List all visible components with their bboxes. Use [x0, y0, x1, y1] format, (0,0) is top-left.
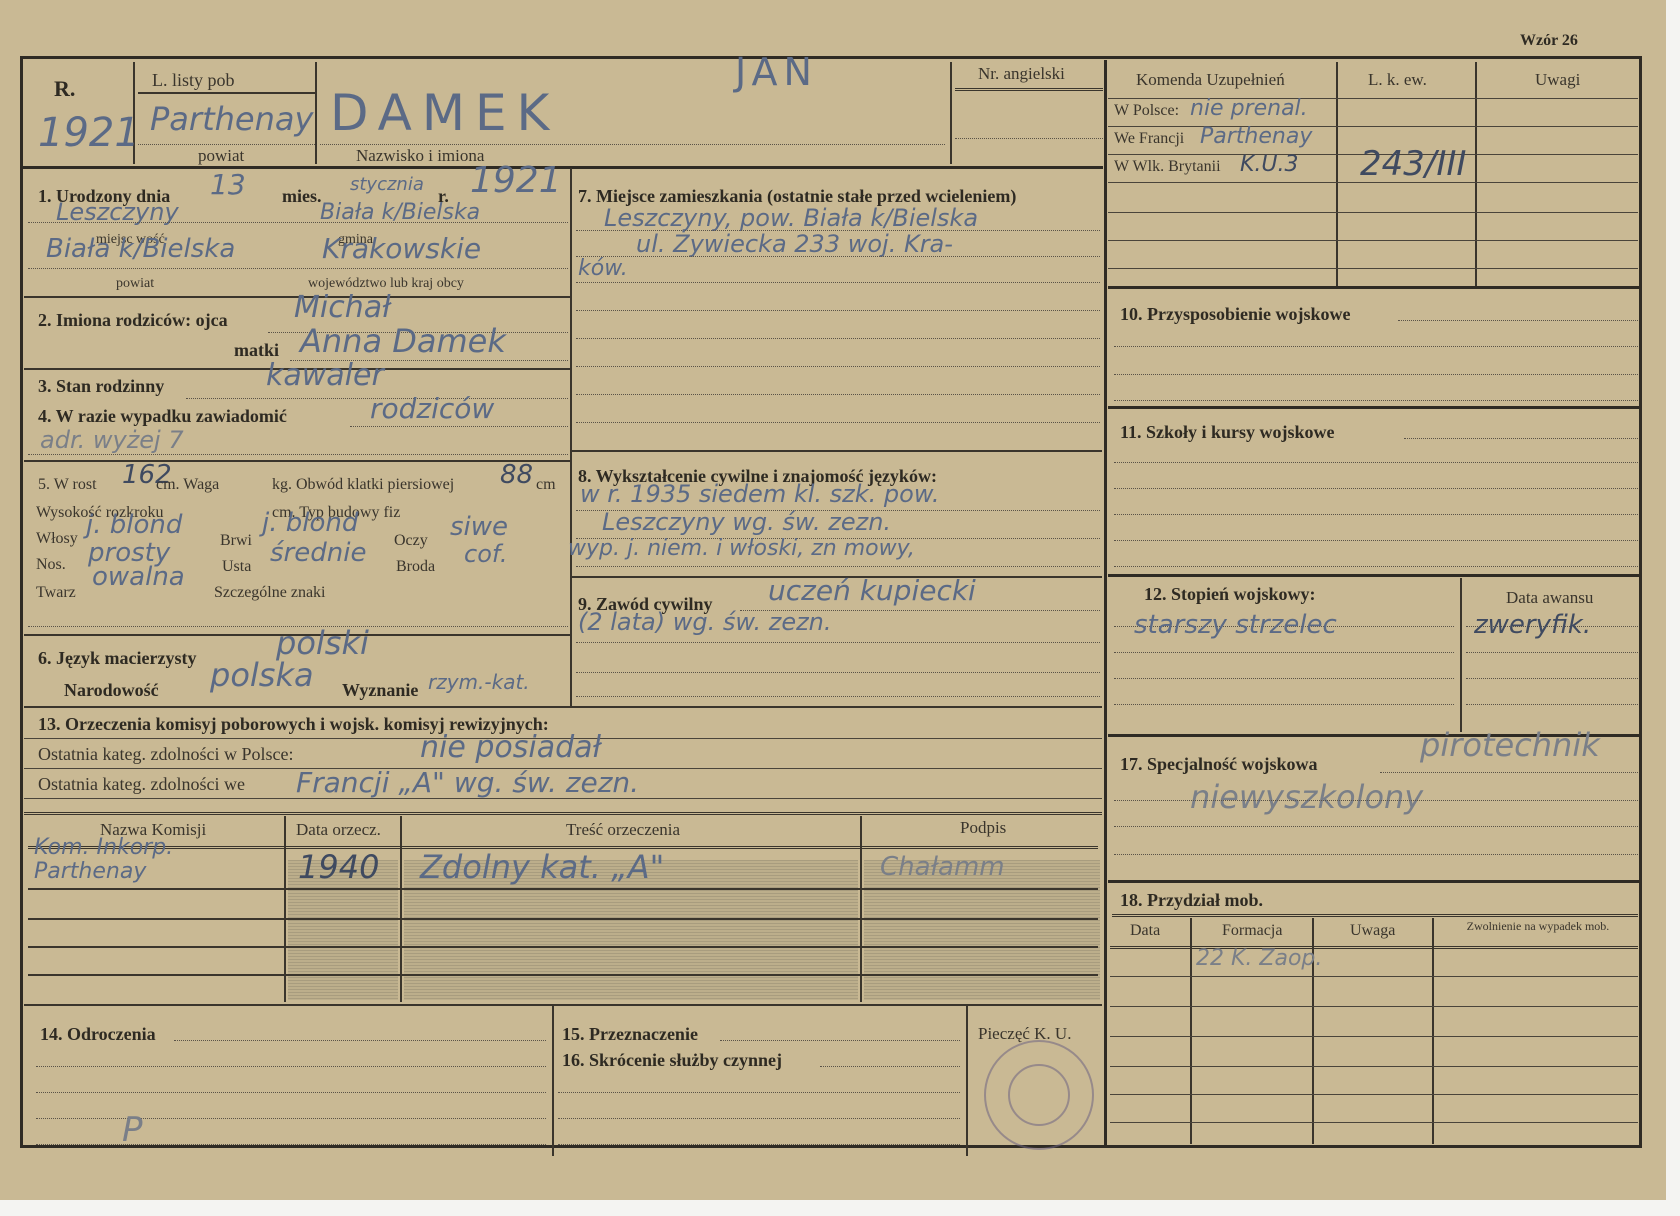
- divider: [955, 138, 1103, 139]
- specialty-value-2: niewyszkolony: [1190, 778, 1423, 816]
- mob-col-data: Data: [1130, 922, 1160, 940]
- cat-francji-value: Francji „A" wg. św. zezn.: [296, 766, 639, 799]
- divider: [1460, 578, 1462, 732]
- cat-francji-label: Ostatnia kateg. zdolności we: [38, 774, 245, 795]
- mob-col-uwaga: Uwaga: [1350, 922, 1395, 940]
- divider: [1110, 1094, 1638, 1095]
- nationality-value: polska: [210, 656, 314, 694]
- commission-name: Kom. Inkorp. Parthenay: [34, 836, 274, 884]
- divider: [1336, 62, 1338, 286]
- divider: [576, 672, 1100, 673]
- s12-title: 12. Stopień wojskowy:: [1144, 584, 1316, 605]
- divider: [576, 366, 1100, 367]
- stamp-inner: [1008, 1064, 1070, 1126]
- footer-mark: P: [122, 1110, 143, 1150]
- divider: [558, 1092, 960, 1093]
- divider: [1466, 652, 1638, 653]
- divider: [350, 426, 568, 427]
- mob-col-zwolnienie: Zwolnienie na wypadek mob.: [1440, 920, 1636, 933]
- divider: [1110, 1036, 1638, 1037]
- height-label: 5. W rost: [38, 476, 97, 494]
- divider: [950, 62, 952, 164]
- divider: [36, 1066, 546, 1067]
- cm-label: cm: [536, 476, 556, 494]
- s4-title: 4. W razie wypadku zawiadomić: [38, 406, 287, 427]
- nose-label: Nos.: [36, 556, 66, 574]
- cat-polsce-label: Ostatnia kateg. zdolności w Polsce:: [38, 744, 293, 765]
- divider: [955, 88, 1103, 91]
- residence-line3: ków.: [578, 256, 628, 281]
- education-line1: w r. 1935 siedem kl. szk. pow.: [580, 480, 940, 508]
- signature: Chałamm: [880, 852, 1005, 882]
- marital-status: kawaler: [266, 358, 384, 393]
- form-code: Wzór 26: [1520, 32, 1578, 50]
- divider: [1114, 514, 1638, 515]
- divider: [28, 268, 568, 269]
- lista-value: Parthenay: [150, 100, 313, 138]
- divider: [138, 144, 315, 145]
- specialty-value: pirotechnik: [1420, 726, 1600, 764]
- divider: [1108, 286, 1640, 289]
- divider: [24, 798, 1102, 799]
- occupation-value: uczeń kupiecki: [768, 574, 976, 607]
- cat-polsce-value: nie posiadał: [420, 730, 601, 765]
- residence-line1: Leszczyny, pow. Biała k/Bielska: [604, 204, 978, 232]
- name-label: Nazwisko i imiona: [356, 146, 484, 166]
- s2-title: 2. Imiona rodziców: ojca: [38, 310, 228, 331]
- face-label: Twarz: [36, 584, 76, 602]
- divider: [1114, 462, 1638, 463]
- divider: [576, 394, 1100, 395]
- divider: [320, 144, 945, 145]
- divider: [576, 282, 1100, 283]
- col-data: Data orzecz.: [296, 820, 381, 840]
- chest-value: 88: [500, 460, 533, 490]
- chest-label: kg. Obwód klatki piersiowej: [272, 476, 454, 494]
- month-label: mies.: [282, 186, 322, 207]
- mouth-value: średnie: [270, 538, 366, 568]
- brytanii-label: W Wlk. Brytanii: [1114, 158, 1221, 176]
- divider: [174, 1040, 546, 1041]
- divider: [1432, 918, 1434, 1144]
- divider: [24, 706, 1102, 708]
- s10-title: 10. Przysposobienie wojskowe: [1120, 304, 1351, 325]
- divider: [36, 1118, 546, 1119]
- divider: [1114, 540, 1638, 541]
- lkew-col: L. k. ew.: [1368, 70, 1427, 90]
- divider: [570, 168, 572, 706]
- stamp-circle: [984, 1040, 1094, 1150]
- divider: [1114, 800, 1638, 801]
- polsce-value: nie prenal.: [1190, 96, 1308, 121]
- divider: [1114, 854, 1638, 855]
- occupation-line2: (2 lata) wg. św. zezn.: [578, 608, 832, 636]
- brytanii-value: K.U.3: [1240, 152, 1299, 177]
- divider: [720, 1040, 960, 1041]
- s14-title: 14. Odroczenia: [40, 1024, 156, 1045]
- chin-label: Broda: [396, 558, 435, 576]
- divider: [28, 974, 1098, 976]
- divider: [1110, 1006, 1638, 1007]
- given-name: JAN: [735, 50, 818, 94]
- mother-name: Anna Damek: [300, 322, 506, 360]
- decision-content: Zdolny kat. „A": [420, 848, 664, 886]
- divider: [1114, 374, 1638, 375]
- lkew-value: 243/III: [1360, 144, 1466, 184]
- divider: [1110, 1066, 1638, 1067]
- s15-title: 15. Przeznaczenie: [562, 1024, 698, 1045]
- divider: [1114, 652, 1454, 653]
- nationality-label: Narodowość: [64, 680, 159, 701]
- col-tresc: Treść orzeczenia: [566, 820, 680, 840]
- divider: [1110, 1122, 1638, 1123]
- residence-line2: ul. Żywiecka 233 woj. Kra-: [636, 230, 953, 258]
- divider: [1466, 704, 1638, 705]
- divider: [552, 1006, 554, 1156]
- uwagi-col: Uwagi: [1535, 70, 1580, 90]
- divider: [1110, 946, 1638, 949]
- divider: [1114, 488, 1638, 489]
- religion-value: rzym.-kat.: [428, 670, 530, 694]
- divider: [28, 888, 1098, 890]
- divider: [1108, 212, 1638, 213]
- divider: [1190, 918, 1192, 1144]
- divider: [28, 222, 568, 223]
- komenda-col: Komenda Uzupełnień: [1136, 70, 1285, 90]
- divider: [1108, 406, 1640, 409]
- s18-title: 18. Przydział mob.: [1120, 890, 1263, 911]
- francji-value: Parthenay: [1200, 124, 1312, 149]
- divider: [315, 62, 317, 164]
- divider: [576, 696, 1100, 697]
- notify-value-2: adr. wyżej 7: [40, 426, 184, 454]
- divider: [1108, 574, 1640, 577]
- r-label: R.: [54, 76, 75, 102]
- divider: [1114, 826, 1638, 827]
- divider: [24, 1004, 1102, 1006]
- hair-value: j. blond: [86, 510, 182, 540]
- divider: [576, 422, 1100, 423]
- promotion-date-label: Data awansu: [1506, 588, 1593, 608]
- divider: [1112, 914, 1638, 917]
- divider: [1114, 346, 1638, 347]
- divider: [558, 1118, 960, 1119]
- promotion-date: zweryfik.: [1474, 610, 1591, 640]
- birth-day: 13: [210, 168, 246, 201]
- divider: [28, 946, 1098, 948]
- divider: [1466, 678, 1638, 679]
- divider: [1114, 566, 1638, 567]
- chin-value: cof.: [464, 540, 508, 568]
- brows-label: Brwi: [220, 532, 252, 550]
- hair-label: Włosy: [36, 530, 78, 548]
- polsce-label: W Polsce:: [1114, 102, 1179, 120]
- rank-value: starszy strzelec: [1134, 610, 1337, 640]
- divider: [576, 310, 1100, 311]
- divider: [28, 918, 1098, 920]
- r-value: 1921: [38, 110, 140, 156]
- s6-title: 6. Język macierzysty: [38, 648, 196, 669]
- divider: [576, 338, 1100, 339]
- divider: [1114, 704, 1454, 705]
- eyes-label: Oczy: [394, 532, 428, 550]
- divider: [1475, 62, 1477, 286]
- lista-label: L. listy pob: [152, 70, 235, 91]
- divider: [576, 566, 1100, 567]
- francji-label: We Francji: [1114, 130, 1184, 148]
- divider: [576, 642, 1100, 643]
- divider: [1110, 976, 1638, 977]
- divider: [1108, 98, 1638, 99]
- divider: [1404, 438, 1638, 439]
- s17-title: 17. Specjalność wojskowa: [1120, 754, 1318, 775]
- mob-col-formacja: Formacja: [1222, 922, 1282, 940]
- divider: [24, 460, 570, 462]
- face-value: owalna: [92, 562, 185, 592]
- divider: [1380, 772, 1638, 773]
- decision-date: 1940: [298, 848, 379, 886]
- col-podpis: Podpis: [960, 818, 1006, 838]
- divider: [24, 812, 1102, 815]
- divider: [820, 1066, 960, 1067]
- nr-angielski-label: Nr. angielski: [978, 64, 1065, 84]
- divider: [28, 454, 568, 455]
- divider: [1108, 880, 1640, 883]
- divider: [1398, 320, 1638, 321]
- s11-title: 11. Szkoły i kursy wojskowe: [1120, 422, 1335, 443]
- divider: [558, 1144, 960, 1145]
- birth-month: stycznia: [350, 174, 424, 195]
- father-name: Michał: [294, 290, 391, 325]
- powiat-label-2: powiat: [116, 276, 154, 292]
- divider: [36, 1092, 546, 1093]
- divider: [1114, 678, 1454, 679]
- divider: [36, 1144, 546, 1145]
- mouth-label: Usta: [222, 558, 251, 576]
- divider: [572, 450, 1102, 452]
- surname: DAMEK: [330, 84, 559, 142]
- eyes-value: siwe: [450, 512, 508, 542]
- divider: [966, 1006, 968, 1156]
- birth-powiat: Biała k/Bielska: [46, 234, 235, 264]
- weight-label: cm. Waga: [156, 476, 219, 494]
- education-line2: Leszczyny wg. św. zezn.: [602, 508, 891, 536]
- divider: [576, 256, 1100, 257]
- powiat-label: powiat: [198, 146, 244, 166]
- divider: [23, 166, 1103, 169]
- divider: [1108, 240, 1638, 241]
- education-line3: wyp. j. niem. i włoski, zn mowy,: [568, 536, 915, 561]
- marks-label: Szczególne znaki: [214, 584, 326, 602]
- divider: [1108, 268, 1638, 269]
- mob-formacja: 22 K. Zaop.: [1196, 946, 1322, 971]
- s3-title: 3. Stan rodzinny: [38, 376, 164, 397]
- divider: [1108, 126, 1638, 127]
- divider: [1114, 400, 1638, 401]
- divider: [138, 92, 315, 94]
- divider: [1104, 60, 1107, 1145]
- brows-value: j. blond: [262, 508, 358, 538]
- s16-title: 16. Skrócenie służby czynnej: [562, 1050, 782, 1071]
- notify-value: rodziców: [370, 392, 494, 425]
- religion-label: Wyznanie: [342, 680, 418, 701]
- birth-year: 1921: [470, 160, 562, 201]
- birth-woj: Krakowskie: [322, 232, 481, 265]
